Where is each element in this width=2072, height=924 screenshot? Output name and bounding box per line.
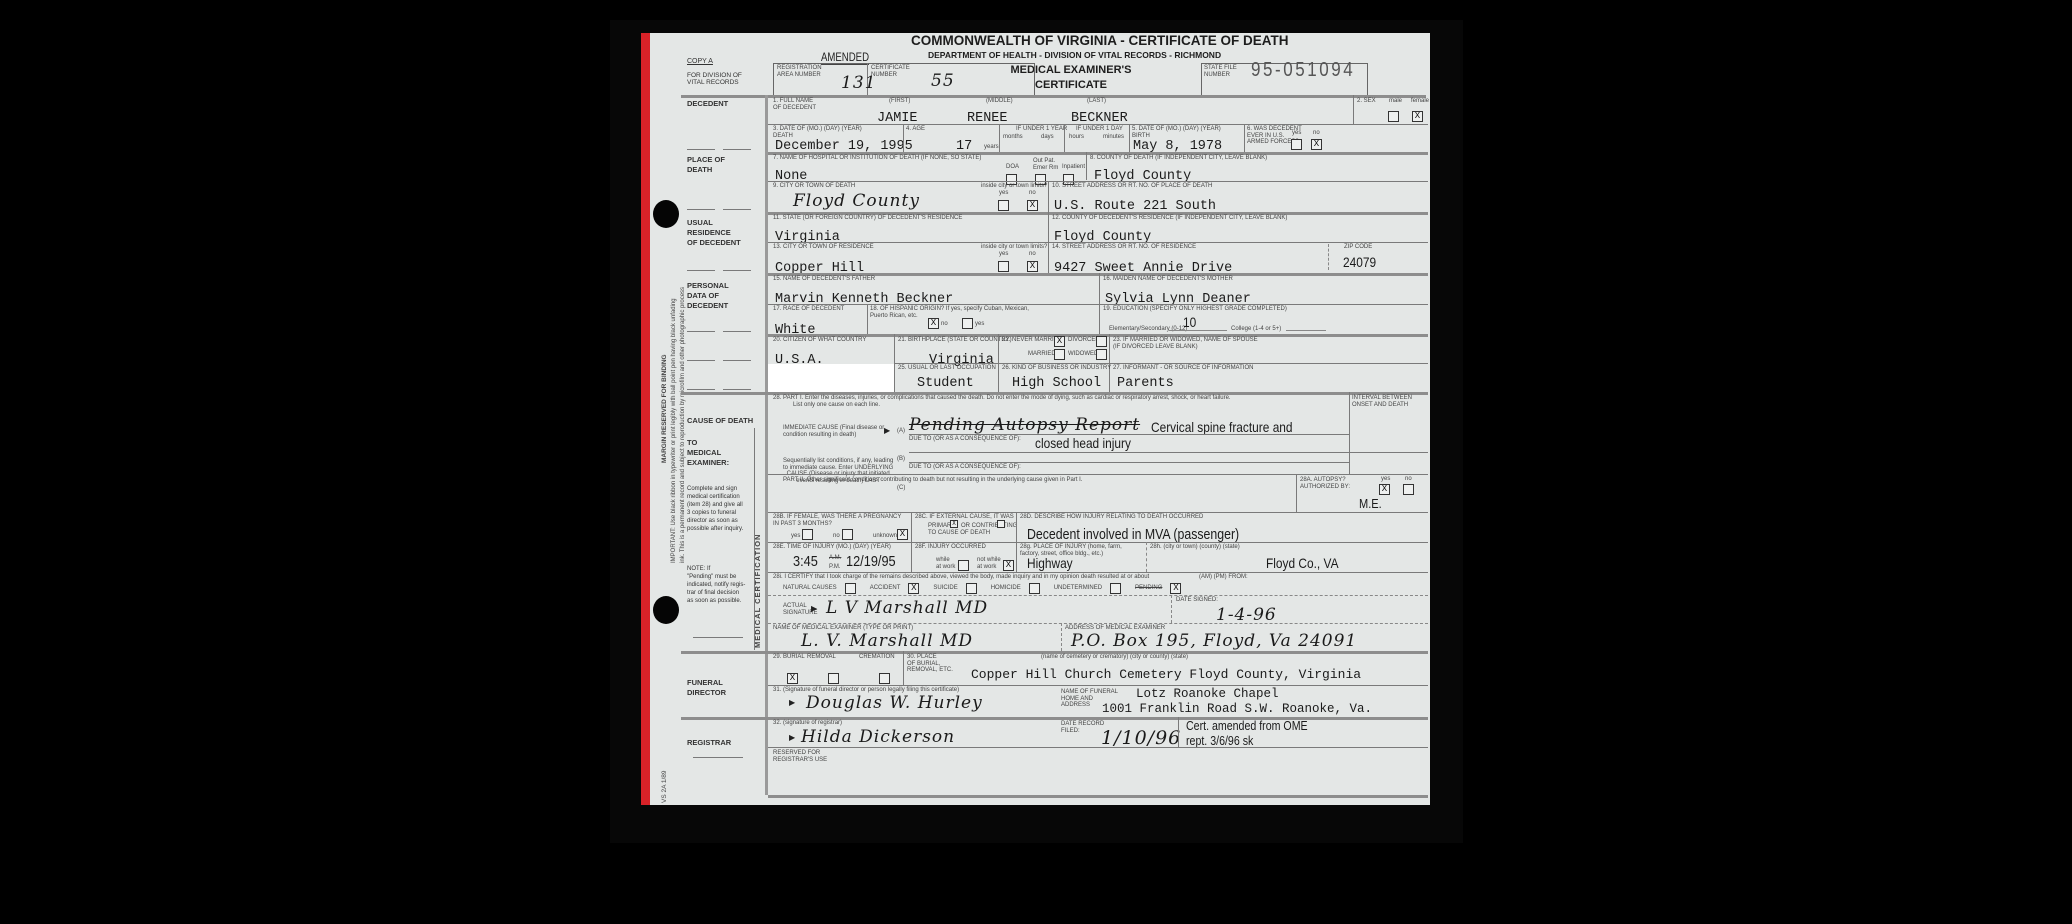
city-residence-label: 13. CITY OR TOWN OF RESIDENCE: [773, 244, 874, 251]
preg-no-label: no: [833, 533, 840, 540]
rule: [687, 209, 715, 210]
res-limits-yes-checkbox[interactable]: [998, 261, 1009, 272]
registrar-signature: Hilda Dickerson: [801, 727, 955, 747]
state-file-label: STATE FILE NUMBER: [1204, 65, 1237, 78]
female-label: female: [1411, 98, 1429, 105]
section-place-of-death: PLACE OF DEATH: [687, 155, 725, 175]
divider: [1171, 595, 1173, 623]
section-registrar: REGISTRAR: [687, 738, 731, 748]
arrow-icon: ▶: [789, 698, 795, 707]
autopsy-label: 28a. AUTOPSY? AUTHORIZED BY:: [1300, 477, 1350, 490]
date-of-birth-label: 5. DATE OF (mo.) (day) (year) BIRTH: [1132, 126, 1221, 139]
divorced-label: DIVORCED: [1068, 337, 1100, 344]
rule: [768, 242, 1428, 243]
informant-label: 27. INFORMANT - OR SOURCE OF INFORMATION: [1113, 365, 1253, 372]
binding-note-1: IMPORTANT: Use black ribbon in typewrite…: [671, 298, 677, 563]
divider: [1061, 623, 1063, 651]
rule: [693, 757, 743, 758]
removal-label: REMOVAL: [807, 654, 836, 661]
contributing-label: or CONTRIBUTING: [961, 523, 1017, 530]
binding-hole-bottom: [653, 596, 679, 624]
date-of-death-label: 3. DATE OF (mo.) (day) (year) DEATH: [773, 126, 862, 139]
rule: [768, 623, 1428, 624]
limits-label: inside city or town limits?: [981, 183, 1047, 190]
male-label: male: [1389, 98, 1402, 105]
burial-label: 29. BURIAL: [773, 654, 805, 661]
certify-label: 28i. I CERTIFY that I took charge of the…: [773, 574, 1149, 581]
divider: [1099, 273, 1100, 304]
manner-accident-label: ACCIDENT: [870, 585, 901, 592]
industry-label: 26. KIND OF BUSINESS OR INDUSTRY: [1002, 365, 1111, 372]
armed-yes-checkbox[interactable]: [1291, 139, 1302, 150]
divider: [903, 651, 904, 685]
underline: [1169, 330, 1227, 331]
reserved-label: RESERVED FOR REGISTRAR'S USE: [773, 750, 827, 763]
occupation: Student: [917, 376, 974, 391]
certificate-title: COMMONWEALTH OF VIRGINIA - CERTIFICATE O…: [911, 33, 1288, 48]
birthplace-label: 21. BIRTHPLACE (state or country): [898, 337, 1012, 344]
rule: [768, 685, 1428, 686]
pending-note: NOTE: If "Pending" must be indicated, no…: [687, 565, 745, 605]
pm-label: P.M.: [829, 564, 841, 571]
rule: [768, 542, 1428, 543]
hispanic-label: 18. OF HISPANIC ORIGIN? If yes, specify …: [870, 306, 1029, 319]
rule: [768, 747, 1428, 748]
injury-occurred-label: 28f. INJURY OCCURRED: [915, 544, 986, 551]
rule: [687, 149, 715, 150]
no-label: no: [941, 321, 948, 328]
registration-area-label: REGISTRATION AREA NUMBER: [777, 65, 822, 78]
full-name-label: 1. FULL NAME OF DECEDENT: [773, 98, 816, 111]
informant: Parents: [1117, 376, 1174, 391]
department-line: DEPARTMENT OF HEALTH - DIVISION OF VITAL…: [928, 50, 1221, 60]
rule: [687, 389, 715, 390]
rule: [723, 389, 751, 390]
street-residence-label: 14. STREET ADDRESS OR RT. NO. OF RESIDEN…: [1052, 244, 1196, 251]
due-to-a: DUE TO (OR AS A CONSEQUENCE OF):: [909, 436, 1021, 443]
autopsy-yes-label: yes: [1381, 476, 1390, 483]
to-cause-label: TO CAUSE OF DEATH: [928, 530, 990, 537]
city-of-death: Floyd County: [793, 191, 920, 211]
red-margin-strip: [641, 33, 650, 805]
rule: [768, 595, 1428, 596]
rule: [768, 181, 1428, 182]
months-label: months: [1003, 134, 1023, 141]
under-1-day: IF UNDER 1 DAY: [1076, 126, 1123, 133]
divider: [1178, 717, 1179, 747]
occupation-label: 25. USUAL OR LAST OCCUPATION: [898, 365, 996, 372]
armed-no-label: no: [1313, 130, 1320, 137]
line-a-marker: (A): [897, 428, 905, 435]
date-filed: 1/10/96: [1101, 727, 1181, 749]
age-unit: years: [984, 144, 999, 151]
pregnancy-label: 28b. IF FEMALE, WAS THERE A PREGNANCY IN…: [773, 514, 901, 527]
date-signed-label: DATE SIGNED:: [1176, 597, 1218, 604]
father-label: 15. NAME OF DECEDENT'S FATHER: [773, 276, 875, 283]
divider: [1244, 124, 1245, 152]
examiner-address: P.O. Box 195, Floyd, Va 24091: [1071, 631, 1357, 651]
manner-natural-label: NATURAL CAUSES: [783, 585, 837, 592]
minutes-label: minutes: [1103, 134, 1124, 141]
binding-note-2: ink. This is a permanent record and subj…: [680, 287, 686, 563]
ampm-from: (AM) (PM) from:: [1199, 574, 1248, 581]
contributing-checkbox[interactable]: [997, 520, 1005, 528]
doa-label: DOA: [1006, 164, 1019, 171]
education-elementary: 10: [1183, 314, 1196, 330]
funeral-home-address: 1001 Franklin Road S.W. Roanoke, Va.: [1102, 702, 1372, 716]
county-residence-label: 12. COUNTY OF DECEDENT'S RESIDENCE (If i…: [1052, 215, 1287, 222]
rule: [768, 572, 1428, 573]
divider: [1146, 542, 1148, 572]
married-label: MARRIED: [1028, 351, 1056, 358]
removal-checkbox[interactable]: [828, 673, 839, 684]
preg-unknown-label: unknown: [873, 533, 897, 540]
place-of-burial-label: 30. PLACE OF BURIAL, REMOVAL, ETC.: [907, 654, 953, 674]
place-of-injury: Highway: [1027, 555, 1073, 571]
pregnancy-unknown-checkbox[interactable]: X: [897, 529, 908, 540]
copy-for: FOR DIVISION OF VITAL RECORDS: [687, 72, 742, 86]
rule: [909, 452, 1428, 453]
injury-location-label: 28h. (city or town) (county) (state): [1150, 544, 1240, 551]
examiner-signature: L V Marshall MD: [826, 598, 988, 618]
rule: [693, 637, 743, 638]
sex-label: 2. SEX: [1357, 98, 1376, 105]
rule: [909, 462, 1349, 463]
section-to-medical-examiner: TO MEDICAL EXAMINER:: [687, 438, 729, 468]
yes-label: yes: [999, 251, 1008, 258]
days-label: days: [1041, 134, 1054, 141]
yes-label: yes: [999, 190, 1008, 197]
manner-suicide-checkbox[interactable]: [966, 583, 977, 594]
interval-label: INTERVAL BETWEEN ONSET AND DEATH: [1352, 395, 1412, 408]
married-checkbox[interactable]: [1054, 349, 1065, 360]
date-signed: 1-4-96: [1216, 605, 1277, 625]
part1-label: 28. PART I. Enter the diseases, injuries…: [773, 395, 1333, 402]
rule: [723, 270, 751, 271]
struck-pending-autopsy: Pending Autopsy Report: [909, 415, 1140, 435]
rule: [687, 331, 715, 332]
race-label: 17. RACE OF DECEDENT: [773, 306, 844, 313]
preg-yes-label: yes: [791, 533, 800, 540]
injury-description: Decedent involved in MVA (passenger): [1027, 527, 1239, 543]
time-of-injury: 3:45: [793, 553, 818, 570]
manner-suicide-label: SUICIDE: [933, 585, 957, 592]
autopsy-authorized-by: M.E.: [1359, 496, 1382, 511]
funeral-home-name: Lotz Roanoke Chapel: [1136, 687, 1279, 701]
sex-male-checkbox[interactable]: [1388, 111, 1399, 122]
cremation-label: CREMATION: [859, 654, 895, 661]
divider: [1353, 95, 1354, 124]
zip-code: 24079: [1343, 254, 1376, 270]
manner-homicide-checkbox[interactable]: [1029, 583, 1040, 594]
rule: [768, 512, 1428, 513]
registrar-signature-label: 32. (signature of registrar): [773, 720, 842, 727]
section-personal-data: PERSONAL DATA OF DECEDENT: [687, 281, 729, 311]
column-divider: [765, 95, 768, 795]
divider: [911, 542, 912, 572]
hospital-label: 7. NAME OF HOSPITAL OR INSTITUTION OF DE…: [773, 155, 981, 162]
state-file-value: 95-051094: [1251, 59, 1355, 82]
manner-homicide-label: HOMICIDE: [991, 585, 1021, 592]
binding-hole-top: [653, 200, 679, 228]
instructions: Complete and sign medical certification …: [687, 485, 743, 533]
part1-sub: List only one cause on each line.: [793, 402, 880, 409]
hispanic-yes-checkbox[interactable]: [962, 318, 973, 329]
not-while-at-work-checkbox[interactable]: X: [1003, 560, 1014, 571]
rule: [723, 360, 751, 361]
inpatient-label: Inpatient: [1062, 164, 1085, 171]
rule: [687, 360, 715, 361]
pregnancy-yes-checkbox[interactable]: [802, 529, 813, 540]
industry: High School: [1012, 376, 1101, 391]
pregnancy-no-checkbox[interactable]: [842, 529, 853, 540]
rule: [768, 795, 1428, 798]
never-married-label: 22. NEVER MARRIED: [1002, 337, 1062, 344]
immediate-cause-label: IMMEDIATE CAUSE (Final disease or condit…: [783, 425, 884, 438]
death-certificate: MARGIN RESERVED FOR BINDING IMPORTANT: U…: [641, 33, 1430, 805]
sex-female-checkbox[interactable]: X: [1412, 111, 1423, 122]
while-at-work-checkbox[interactable]: [958, 560, 969, 571]
death-limits-no-checkbox[interactable]: X: [1027, 200, 1038, 211]
divider: [867, 304, 868, 334]
rule: [768, 124, 1428, 125]
rule: [894, 363, 1428, 364]
manner-accident-checkbox[interactable]: X: [908, 583, 919, 594]
divider: [911, 512, 912, 542]
divider: [1048, 212, 1049, 242]
middle-label: (middle): [986, 98, 1013, 105]
manner-undetermined-label: UNDETERMINED: [1054, 585, 1102, 592]
copy-label: COPY A: [687, 58, 713, 65]
yes-label: yes: [975, 321, 984, 328]
arrow-icon: ▶: [789, 733, 795, 742]
manner-pending-checkbox[interactable]: X: [1170, 583, 1181, 594]
injury-date: 12/19/95: [846, 553, 896, 570]
divider: [1328, 244, 1330, 270]
manner-pending-label: PENDING: [1135, 585, 1162, 592]
form-number: VS 2A 1/89: [661, 770, 668, 803]
widowed-checkbox[interactable]: [1096, 349, 1107, 360]
divider: [999, 124, 1000, 152]
divider: [754, 428, 755, 650]
cremation-checkbox[interactable]: [879, 673, 890, 684]
section-usual-residence: USUAL RESIDENCE OF DECEDENT: [687, 218, 741, 248]
hours-label: hours: [1069, 134, 1084, 141]
time-of-injury-label: 28e. TIME OF INJURY (mo.) (day) (year): [773, 544, 891, 551]
place-of-burial-sub: (name of cemetery or crematory) (city or…: [1041, 654, 1188, 661]
am-struck: A.M.: [829, 555, 841, 562]
divorced-checkbox[interactable]: [1096, 336, 1107, 347]
not-while-work-label: not while at work: [977, 557, 1001, 570]
res-limits-no-checkbox[interactable]: X: [1027, 261, 1038, 272]
binding-title: MARGIN RESERVED FOR BINDING: [661, 354, 668, 463]
divider: [1349, 392, 1350, 474]
age-label: 4. AGE: [906, 126, 925, 133]
while-work-label: while at work: [936, 557, 955, 570]
college-label: College (1-4 or 5+): [1231, 326, 1281, 333]
divider: [1086, 152, 1087, 180]
divider: [1296, 474, 1297, 512]
rule: [723, 149, 751, 150]
no-label: no: [1029, 190, 1036, 197]
citizen-label: 20. CITIZEN OF WHAT COUNTRY: [773, 337, 866, 344]
divider: [1064, 124, 1065, 152]
amendment-note-2: rept. 3/6/96 sk: [1186, 734, 1253, 748]
divider: [1099, 304, 1100, 334]
outpat-label: Out Pat. Emer Rm: [1033, 158, 1058, 171]
cause-line-a: Cervical spine fracture and: [1151, 419, 1293, 435]
underline: [1286, 330, 1326, 331]
place-of-burial: Copper Hill Church Cemetery Floyd County…: [971, 667, 1361, 682]
manner-undetermined-checkbox[interactable]: [1110, 583, 1121, 594]
limits-label: inside city or town limits?: [981, 244, 1047, 251]
cause-line-a-cont: closed head injury: [1035, 435, 1131, 451]
line-b-marker: (B): [897, 456, 905, 463]
amendment-note-1: Cert. amended from OME: [1186, 719, 1308, 733]
rule: [768, 474, 1428, 475]
zip-label: ZIP CODE: [1344, 244, 1372, 251]
county-of-death-label: 8. COUNTY OF DEATH (if independent city,…: [1090, 155, 1267, 162]
armed-no-checkbox[interactable]: X: [1311, 139, 1322, 150]
redacted-field: [768, 364, 894, 392]
due-to-b: DUE TO (OR AS A CONSEQUENCE OF):: [909, 464, 1021, 471]
hispanic-no-checkbox[interactable]: X: [928, 318, 939, 329]
rule: [723, 209, 751, 210]
certificate-number-label: CERTIFICATE NUMBER: [871, 65, 910, 78]
manner-of-death-row: NATURAL CAUSES ACCIDENT X SUICIDE HOMICI…: [783, 583, 1181, 594]
rule: [687, 270, 715, 271]
autopsy-no-label: no: [1405, 476, 1412, 483]
arrow-icon: ▶: [884, 426, 890, 435]
rule: [723, 331, 751, 332]
death-limits-yes-checkbox[interactable]: [998, 200, 1009, 211]
primary-checkbox[interactable]: X: [950, 520, 958, 528]
widowed-label: WIDOWED: [1068, 351, 1098, 358]
funeral-director-signature: Douglas W. Hurley: [806, 693, 983, 713]
divider: [1048, 242, 1049, 273]
injury-location: Floyd Co., VA: [1266, 555, 1339, 571]
date-filed-label: DATE RECORD FILED:: [1061, 721, 1104, 734]
divider: [1129, 124, 1130, 152]
spouse-label: 23. IF MARRIED OR WIDOWED, NAME OF SPOUS…: [1113, 337, 1258, 350]
education-label: 19. EDUCATION (Specify only highest grad…: [1103, 306, 1287, 313]
part2-label: PART II. Other significant conditions co…: [783, 477, 1083, 484]
under-1-year: IF UNDER 1 YEAR: [1016, 126, 1067, 133]
manner-natural-checkbox[interactable]: [845, 583, 856, 594]
section-cause-of-death: CAUSE OF DEATH: [687, 416, 753, 426]
examiner-name: L. V. Marshall MD: [801, 631, 973, 651]
autopsy-no-checkbox[interactable]: [1403, 484, 1414, 495]
divider: [903, 124, 904, 152]
divider: [1048, 181, 1049, 212]
armed-yes-label: yes: [1292, 130, 1301, 137]
certificate-number-value: 55: [931, 71, 955, 91]
first-label: (first): [889, 98, 910, 105]
state-residence-label: 11. STATE (OR FOREIGN COUNTRY) OF DECEDE…: [773, 215, 962, 222]
describe-label: 28d. DESCRIBE HOW INJURY RELATING TO DEA…: [1020, 514, 1203, 521]
arrow-icon: ▶: [811, 604, 817, 613]
autopsy-yes-checkbox[interactable]: X: [1379, 484, 1390, 495]
last-label: (last): [1087, 98, 1106, 105]
section-funeral-director: FUNERAL DIRECTOR: [687, 678, 726, 698]
no-label: no: [1029, 251, 1036, 258]
burial-checkbox[interactable]: X: [787, 673, 798, 684]
city-of-death-label: 9. CITY OR TOWN OF DEATH: [773, 183, 855, 190]
line-c-marker: (C): [897, 485, 905, 492]
never-married-checkbox[interactable]: X: [1054, 336, 1065, 347]
street-of-death-label: 10. STREET ADDRESS OR RT. NO. OF PLACE O…: [1052, 183, 1212, 190]
mother-label: 16. MAIDEN NAME OF DECEDENT'S MOTHER: [1103, 276, 1233, 283]
section-decedent: DECEDENT: [687, 99, 728, 109]
